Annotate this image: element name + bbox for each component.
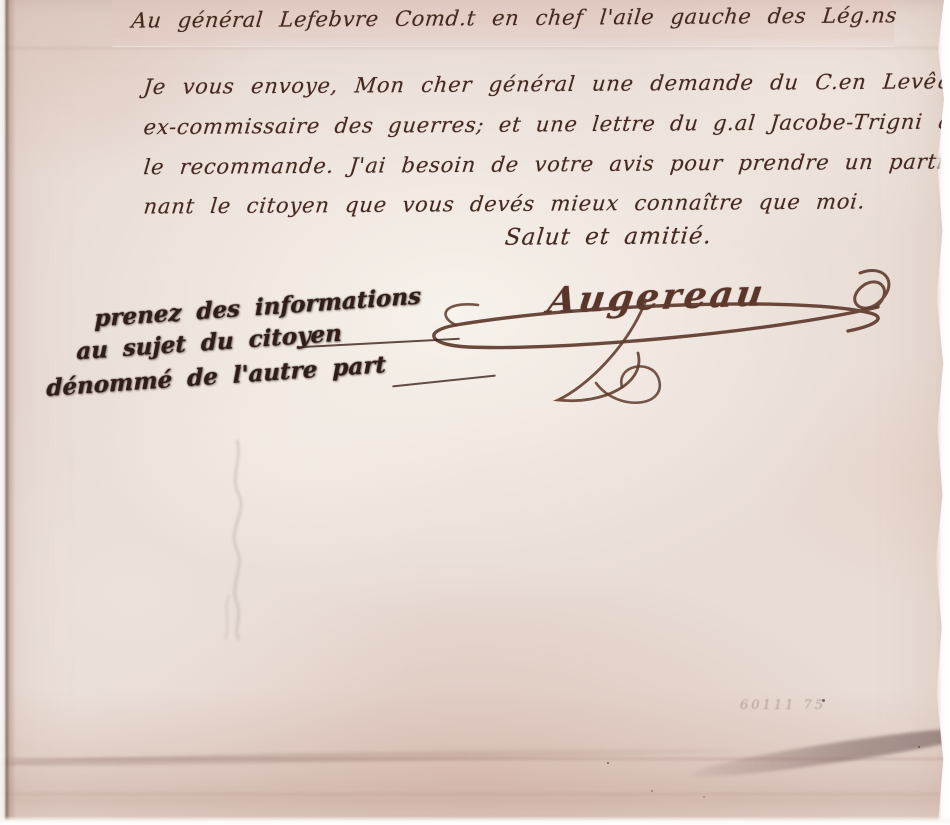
body-line: Je vous envoye, Mon cher général une dem… [143, 69, 950, 99]
paper-edge-left [0, 0, 16, 825]
foxing-speck [918, 746, 920, 748]
foxing-speck [703, 796, 705, 798]
crease-line [0, 792, 950, 796]
foxing-speck [822, 699, 825, 702]
closing-salutation: Salut et amitié. [504, 223, 713, 250]
body-line: nant le citoyen que vous devés mieux con… [143, 189, 867, 218]
foxing-speck [651, 790, 653, 792]
crease-line [0, 46, 950, 50]
body-line: le recommande. J'ai besoin de votre avis… [143, 149, 950, 179]
pencil-mark: 60111 75 [740, 698, 826, 713]
paper-edge-bottom [0, 816, 950, 825]
letter-scan: Au général Lefebvre Comd.t en chef l'ail… [0, 0, 950, 825]
signature-paraph [408, 255, 908, 415]
body-line: ex-commissaire des guerres; et une lettr… [142, 109, 950, 139]
foxing-speck [607, 762, 609, 764]
show-through-ghost [215, 435, 255, 645]
